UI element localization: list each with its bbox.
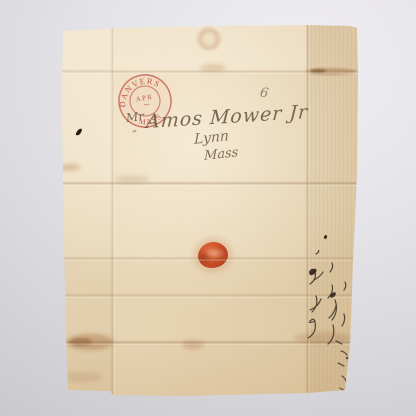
paper-lower-fold-panel [60, 258, 359, 342]
paper-bottom-fold-panel [60, 342, 359, 398]
stain [294, 332, 352, 344]
photo-surface: DANVERS MASS APR 6 Mr „ Amos Mower Jr Ly… [0, 0, 416, 416]
address-state: Mass [204, 145, 238, 164]
fold-crease-horizontal [60, 256, 359, 261]
postmark-outer-ring [116, 72, 174, 130]
paper-top-fold-panel [113, 24, 307, 71]
stain [182, 340, 204, 349]
stain [200, 64, 226, 72]
seal-ghost-stain [196, 27, 222, 51]
postmark-inner-ring [126, 82, 164, 120]
fold-crease-horizontal [60, 181, 359, 186]
paper-left-fold-panel [60, 24, 113, 398]
address-recipient: Amos Mower Jr [145, 101, 308, 133]
stain [66, 334, 114, 350]
address-town: Lynn [194, 128, 229, 148]
stain [62, 372, 102, 382]
address-honorific-ditto: „ [132, 123, 137, 134]
address-honorific: Mr [125, 109, 145, 125]
fold-crease-horizontal [60, 340, 359, 345]
svg-text:MASS: MASS [136, 110, 165, 130]
ink-speck [323, 235, 327, 240]
ink-speck [75, 128, 83, 137]
fold-crease-vertical [110, 24, 115, 398]
stain [306, 68, 356, 75]
letter-cover: DANVERS MASS APR 6 Mr „ Amos Mower Jr Ly… [60, 24, 359, 398]
stain [310, 69, 326, 73]
postmark-month-text: APR [135, 94, 153, 104]
fold-crease-vertical [305, 24, 310, 398]
stain [60, 164, 80, 171]
fold-crease-horizontal [60, 293, 359, 298]
docket-script [300, 250, 354, 362]
stain [115, 176, 149, 182]
wax-seal [198, 242, 228, 268]
stain [70, 338, 92, 346]
edge-ink-marks [328, 336, 356, 398]
postmark-state-text: MASS [136, 110, 165, 130]
postal-rate-mark: 6 [259, 85, 270, 101]
paper-right-fold-panel [307, 24, 359, 398]
svg-text:DANVERS: DANVERS [116, 72, 166, 110]
postmark-town-text: DANVERS [116, 72, 166, 110]
danvers-postmark: DANVERS MASS APR [116, 72, 174, 130]
postmark-smudge [144, 103, 149, 106]
fold-crease-horizontal [60, 69, 359, 74]
